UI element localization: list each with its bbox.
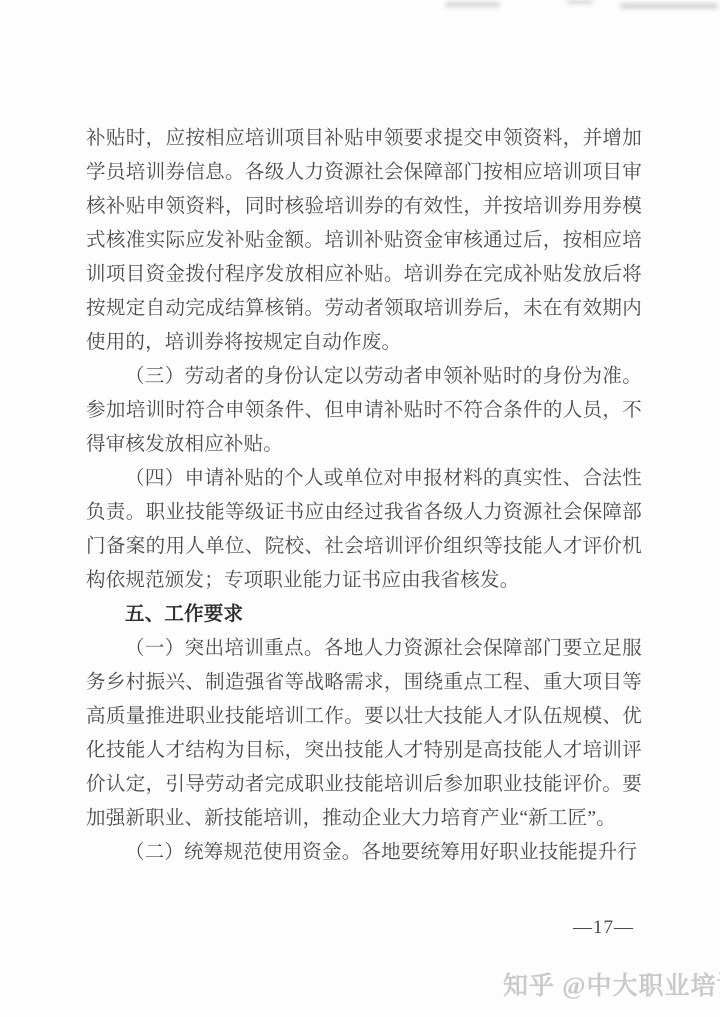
document-page: 补贴时，应按相应培训项目补贴申领要求提交申领资料，并增加学员培训券信息。各级人力… — [0, 0, 720, 1017]
paragraph-item-2: （二）统筹规范使用资金。各地要统筹用好职业技能提升行 — [86, 836, 642, 870]
paragraph-item-3: （三）劳动者的身份认定以劳动者申领补贴时的身份为准。参加培训时符合申领条件、但申… — [86, 360, 642, 462]
paragraph-item-4: （四）申请补贴的个人或单位对申报材料的真实性、合法性负责。职业技能等级证书应由经… — [86, 462, 642, 598]
paragraph-continuation: 补贴时，应按相应培训项目补贴申领要求提交申领资料，并增加学员培训券信息。各级人力… — [86, 122, 642, 360]
section-heading: 五、工作要求 — [86, 598, 642, 632]
scan-artifact — [445, 2, 500, 7]
page-number: —17— — [573, 917, 634, 939]
scan-artifact — [567, 0, 593, 4]
paragraph-item-1: （一）突出培训重点。各地人力资源社会保障部门要立足服务乡村振兴、制造强省等战略需… — [86, 632, 642, 836]
watermark: 知乎 @中大职业培训 — [503, 966, 720, 1002]
document-body: 补贴时，应按相应培训项目补贴申领要求提交申领资料，并增加学员培训券信息。各级人力… — [86, 122, 642, 870]
scan-artifact — [620, 3, 718, 9]
